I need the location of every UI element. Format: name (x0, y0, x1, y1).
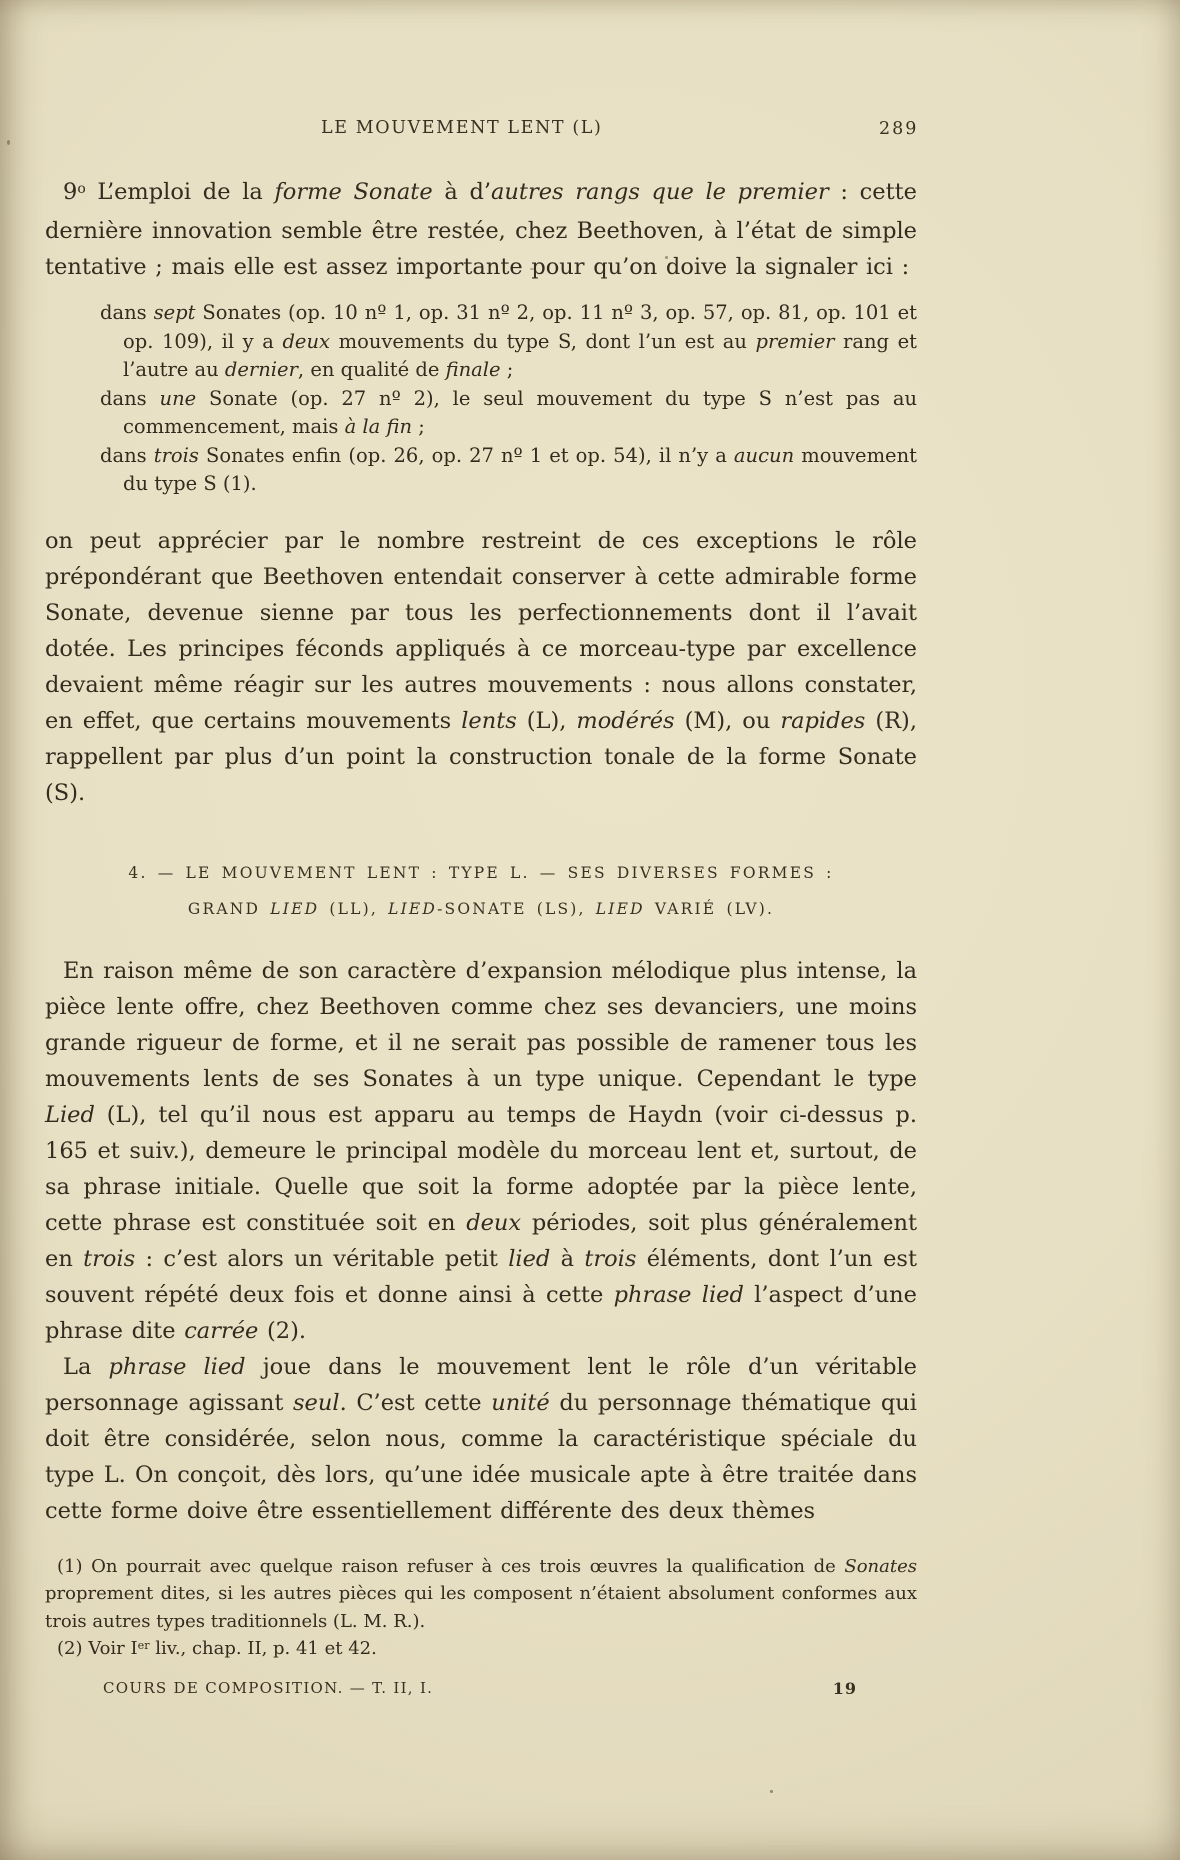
paper-speck (665, 256, 668, 259)
text-block: LE MOUVEMENT LENT (L) 289 9o L’emploi de… (45, 0, 917, 1698)
footer-imprint: COURS DE COMPOSITION. — T. II, I. (103, 1679, 433, 1698)
page-number: 289 (879, 119, 918, 139)
paper-speck (7, 140, 10, 145)
footnote-2: (2) Voir Ier liv., chap. II, p. 41 et 42… (45, 1635, 917, 1665)
book-page: LE MOUVEMENT LENT (L) 289 9o L’emploi de… (0, 0, 1180, 1860)
paragraph-4: La phrase lied joue dans le mouvement le… (45, 1349, 917, 1529)
section-heading-line2: GRAND LIED (LL), LIED-SONATE (LS), LIED … (45, 891, 917, 927)
paper-speck (530, 268, 534, 270)
page-footer: COURS DE COMPOSITION. — T. II, I. 19 (45, 1679, 917, 1698)
running-header-title: LE MOUVEMENT LENT (L) (321, 118, 602, 138)
note-item: dans une Sonate (op. 27 nº 2), le seul m… (45, 385, 917, 442)
note-item: dans trois Sonates enfin (op. 26, op. 27… (45, 442, 917, 499)
paper-speck (770, 1790, 773, 1793)
footnote-1: (1) On pourrait avec quelque raison refu… (45, 1553, 917, 1636)
running-header: LE MOUVEMENT LENT (L) 289 (45, 118, 917, 146)
footer-signature-number: 19 (833, 1679, 857, 1698)
paragraph-2: on peut apprécier par le nombre restrein… (45, 523, 917, 811)
footnotes: (1) On pourrait avec quelque raison refu… (45, 1553, 917, 1665)
note-item: dans sept Sonates (op. 10 nº 1, op. 31 n… (45, 299, 917, 385)
paragraph-1: 9o L’emploi de la forme Sonate à d’autre… (45, 174, 917, 285)
paper-speck (836, 310, 840, 313)
section-heading-line1: 4. — LE MOUVEMENT LENT : TYPE L. — SES D… (45, 855, 917, 891)
section-heading: 4. — LE MOUVEMENT LENT : TYPE L. — SES D… (45, 855, 917, 927)
paragraph-3: En raison même de son caractère d’expans… (45, 953, 917, 1349)
sonata-exception-notes: dans sept Sonates (op. 10 nº 1, op. 31 n… (45, 299, 917, 499)
